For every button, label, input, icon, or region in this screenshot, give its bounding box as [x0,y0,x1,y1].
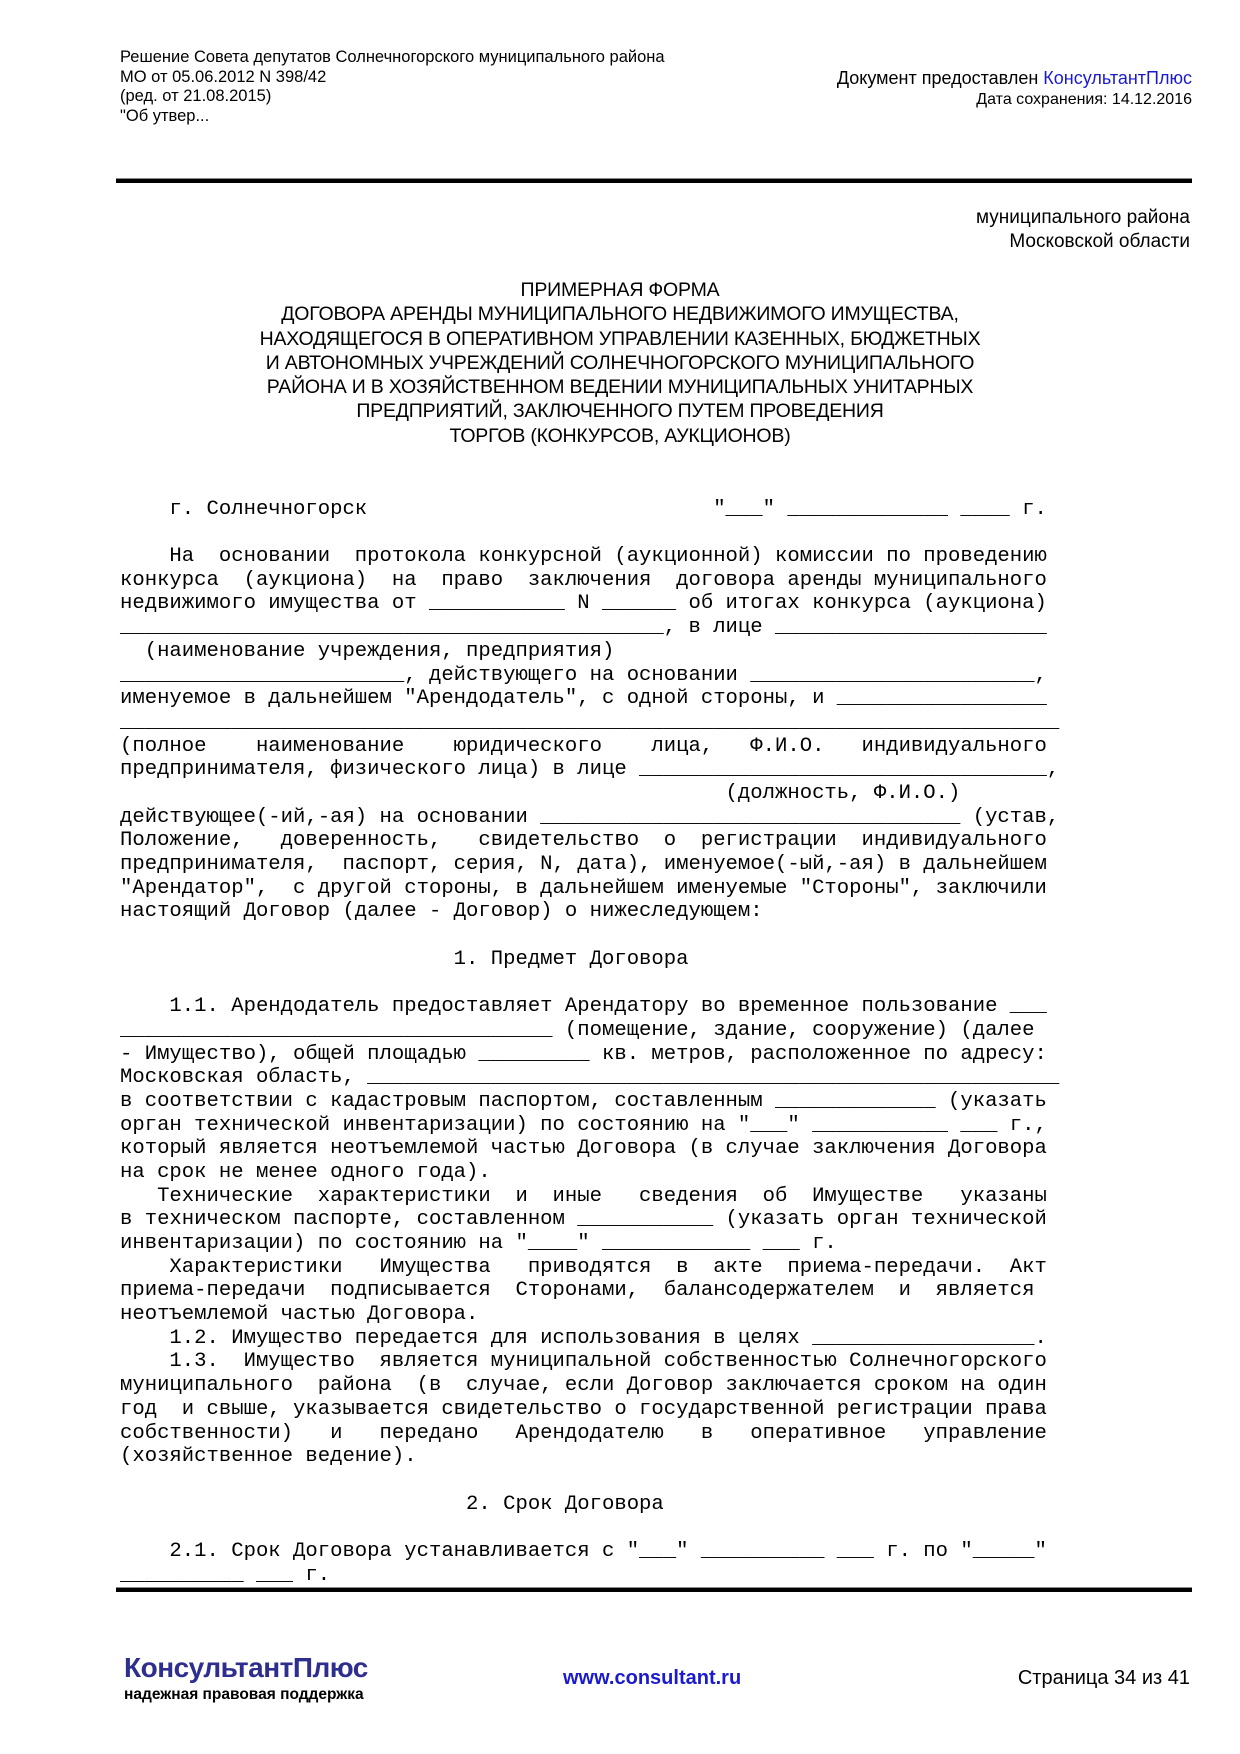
title-line: ТОРГОВ (КОНКУРСОВ, АУКЦИОНОВ) [0,424,1240,448]
body-line: _______________________, действующего на… [120,664,1080,688]
body-line: ___________________________________ (пом… [120,1019,1080,1043]
body-line: Положение, доверенность, свидетельство о… [120,829,1080,853]
body-line [120,521,1080,545]
body-line: именуемое в дальнейшем "Арендодатель", с… [120,687,1080,711]
page-number: Страница 34 из 41 [1018,1667,1190,1690]
body-line: (наименование учреждения, предприятия) [120,640,1080,664]
header-divider [116,178,1192,183]
source-line: МО от 05.06.2012 N 398/42 [120,68,665,88]
body-line: 1.1. Арендодатель предоставляет Арендато… [120,995,1080,1019]
body-line: 1.3. Имущество является муниципальной со… [120,1350,1080,1374]
contract-body: г. Солнечногорск "___" _____________ ___… [120,474,1080,1587]
body-line: __________ ___ г. [120,1564,1080,1588]
title-line: ПРЕДПРИЯТИЙ, ЗАКЛЮЧЕННОГО ПУТЕМ ПРОВЕДЕН… [0,399,1240,423]
body-line: "Арендатор", с другой стороны, в дальней… [120,877,1080,901]
body-line: Технические характеристики и иные сведен… [120,1185,1080,1209]
body-line: инвентаризации) по состоянию на "____" _… [120,1232,1080,1256]
website-link[interactable]: www.consultant.ru [563,1667,741,1690]
body-line: На основании протокола конкурсной (аукци… [120,545,1080,569]
provided-by: Документ предоставлен КонсультантПлюс [837,68,1192,89]
body-line: (должность, Ф.И.О.) [120,782,1080,806]
body-line: - Имущество), общей площадью _________ к… [120,1043,1080,1067]
body-line: настоящий Договор (далее - Договор) о ни… [120,900,1080,924]
footer-logo: КонсультантПлюс надежная правовая поддер… [124,1652,368,1704]
body-line [120,924,1080,948]
body-line: 1.2. Имущество передается для использова… [120,1327,1080,1351]
title-line: И АВТОНОМНЫХ УЧРЕЖДЕНИЙ СОЛНЕЧНОГОРСКОГО… [0,351,1240,375]
body-line [120,1469,1080,1493]
body-line: Характеристики Имущества приводятся в ак… [120,1256,1080,1280]
body-line [120,474,1080,498]
appendix-reference: муниципального района Московской области [976,206,1190,254]
body-line: муниципального района (в случае, если До… [120,1374,1080,1398]
body-line: собственности) и передано Арендодателю в… [120,1422,1080,1446]
source-line: (ред. от 21.08.2015) [120,87,665,107]
logo-brand-name: КонсультантПлюс [124,1652,368,1684]
document-provider-info: Документ предоставлен КонсультантПлюс Да… [837,68,1192,110]
logo-tagline: надежная правовая поддержка [124,1686,368,1704]
body-line [120,1516,1080,1540]
source-line: "Об утвер... [120,107,665,127]
body-line: 2. Срок Договора [120,1493,1080,1517]
body-line: конкурса (аукциона) на право заключения … [120,569,1080,593]
document-source-info: Решение Совета депутатов Солнечногорског… [120,48,665,126]
document-title: ПРИМЕРНАЯ ФОРМАДОГОВОРА АРЕНДЫ МУНИЦИПАЛ… [0,278,1240,448]
body-line: предпринимателя, паспорт, серия, N, дата… [120,853,1080,877]
body-line: на срок не менее одного года). [120,1161,1080,1185]
body-line [120,971,1080,995]
provider-link[interactable]: КонсультантПлюс [1043,68,1192,88]
body-line: действующее(-ий,-ая) на основании ______… [120,806,1080,830]
body-line: ________________________________________… [120,616,1080,640]
title-line: ПРИМЕРНАЯ ФОРМА [0,278,1240,302]
title-line: ДОГОВОРА АРЕНДЫ МУНИЦИПАЛЬНОГО НЕДВИЖИМО… [0,302,1240,326]
body-line: недвижимого имущества от ___________ N _… [120,592,1080,616]
body-line: г. Солнечногорск "___" _____________ ___… [120,498,1080,522]
body-line: неотъемлемой частью Договора. [120,1303,1080,1327]
body-line: в техническом паспорте, составленном ___… [120,1208,1080,1232]
body-line: (хозяйственное ведение). [120,1445,1080,1469]
title-line: НАХОДЯЩЕГОСЯ В ОПЕРАТИВНОМ УПРАВЛЕНИИ КА… [0,327,1240,351]
body-line: ________________________________________… [120,711,1080,735]
body-line: год и свыше, указывается свидетельство о… [120,1398,1080,1422]
body-line: орган технической инвентаризации) по сос… [120,1114,1080,1138]
source-line: Решение Совета депутатов Солнечногорског… [120,48,665,68]
body-line: (полное наименование юридического лица, … [120,735,1080,759]
save-date: Дата сохранения: 14.12.2016 [837,89,1192,110]
body-line: который является неотъемлемой частью Дог… [120,1137,1080,1161]
body-line: приема-передачи подписывается Сторонами,… [120,1279,1080,1303]
body-line: Московская область, ____________________… [120,1066,1080,1090]
body-line: предпринимателя, физического лица) в лиц… [120,758,1080,782]
body-line: в соответствии с кадастровым паспортом, … [120,1090,1080,1114]
footer-divider [116,1587,1192,1592]
title-line: РАЙОНА И В ХОЗЯЙСТВЕННОМ ВЕДЕНИИ МУНИЦИП… [0,375,1240,399]
body-line: 1. Предмет Договора [120,948,1080,972]
body-line: 2.1. Срок Договора устанавливается с "__… [120,1540,1080,1564]
